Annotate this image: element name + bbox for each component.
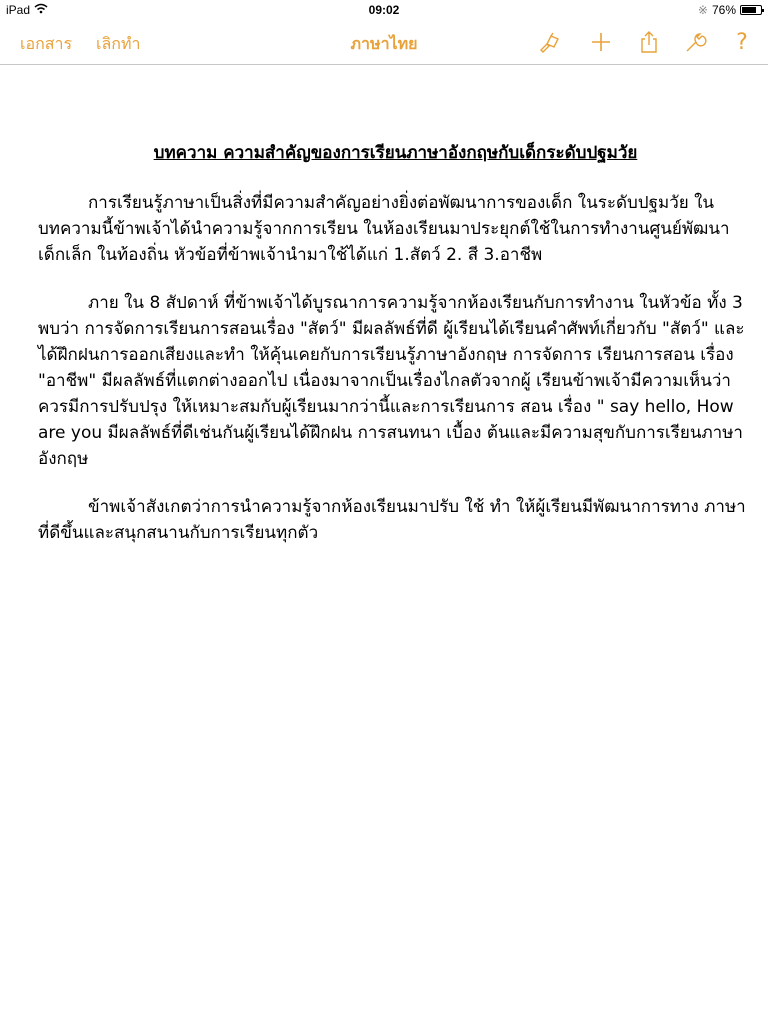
status-time: 09:02 <box>0 3 768 17</box>
settings-button[interactable] <box>683 29 709 55</box>
plus-icon <box>590 31 612 53</box>
bluetooth-icon: ※ <box>698 3 708 17</box>
add-button[interactable] <box>588 29 614 55</box>
share-icon <box>638 30 660 54</box>
paragraph-2: ภาย ใน 8 สัปดาห์ ที่ข้าพเจ้าได้บูรณาการค… <box>38 290 753 472</box>
paragraph-1: การเรียนรู้ภาษาเป็นสิ่งที่มีความสำคัญอย่… <box>38 190 753 268</box>
help-icon: ? <box>736 30 748 55</box>
format-brush-button[interactable] <box>537 29 563 55</box>
share-button[interactable] <box>636 29 662 55</box>
toolbar: เอกสาร เลิกทำ ภาษาไทย ? <box>0 20 768 65</box>
wrench-icon <box>684 30 708 54</box>
document-body[interactable]: บทความ ความสำคัญของการเรียนภาษาอังกฤษกับ… <box>38 140 753 568</box>
format-brush-icon <box>538 30 562 54</box>
article-title: บทความ ความสำคัญของการเรียนภาษาอังกฤษกับ… <box>38 140 753 166</box>
status-right: ※ 76% <box>698 3 762 17</box>
status-bar: iPad 09:02 ※ 76% <box>0 0 768 20</box>
paragraph-3: ข้าพเจ้าสังเกตว่าการนำความรู้จากห้องเรีย… <box>38 494 753 546</box>
battery-percent: 76% <box>712 3 736 17</box>
battery-icon <box>740 5 762 15</box>
help-button[interactable]: ? <box>729 29 755 55</box>
